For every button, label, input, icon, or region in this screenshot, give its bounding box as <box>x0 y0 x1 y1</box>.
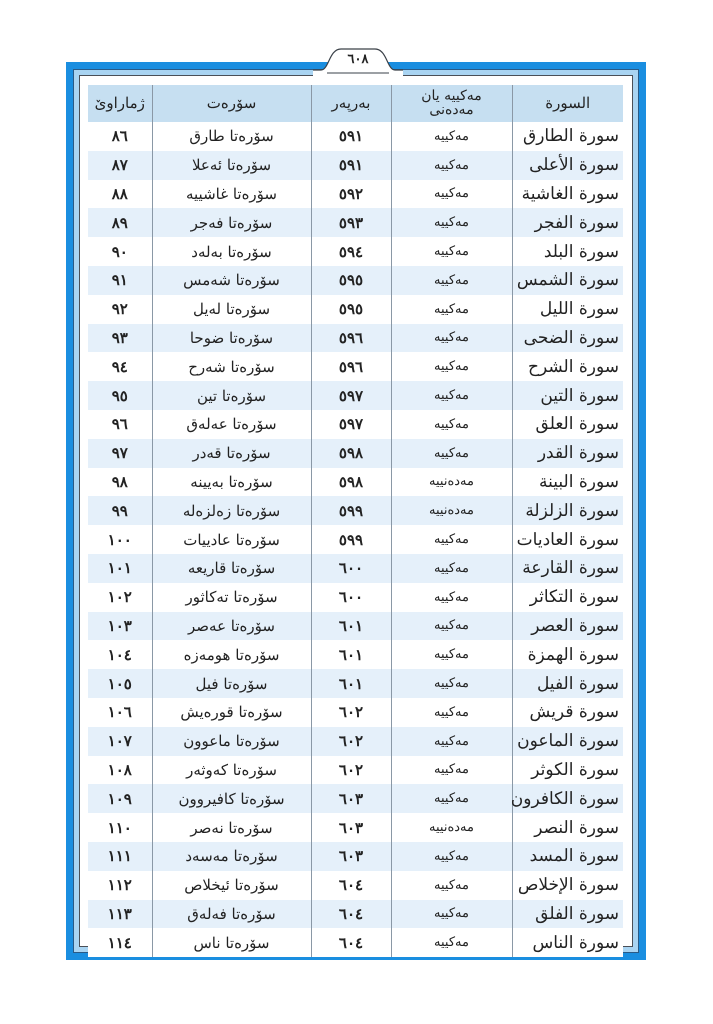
cell-surah-kurdish: سۆرەتا شەمس <box>152 266 311 295</box>
cell-page: ٦٠٤ <box>311 928 391 957</box>
cell-type: مەکییە <box>391 439 512 468</box>
table-row: ١٠٠سۆرەتا عادییات٥٩٩مەکییەسورة العاديات <box>88 525 623 554</box>
table-row: ١٠٥سۆرەتا فیل٦٠١مەکییەسورة الفيل <box>88 669 623 698</box>
cell-number: ١٠٨ <box>88 756 152 785</box>
cell-type: مەکییە <box>391 352 512 381</box>
cell-page: ٥٩١ <box>311 122 391 151</box>
cell-type: مەکییە <box>391 784 512 813</box>
cell-surah-arabic: سورة التكاثر <box>512 583 623 612</box>
cell-number: ٩٧ <box>88 439 152 468</box>
page-number-tab: ٦٠٨ <box>323 46 393 76</box>
cell-type: مەکییە <box>391 266 512 295</box>
cell-type: مەکییە <box>391 698 512 727</box>
cell-page: ٥٩٦ <box>311 324 391 353</box>
cell-page: ٦٠٣ <box>311 842 391 871</box>
cell-type: مەکییە <box>391 900 512 929</box>
cell-surah-kurdish: سۆرەتا زەلزەلە <box>152 496 311 525</box>
cell-surah-kurdish: سۆرەتا ضوحا <box>152 324 311 353</box>
cell-surah-arabic: سورة الإخلاص <box>512 871 623 900</box>
table-row: ١٠٩سۆرەتا کافیروون٦٠٣مەکییەسورة الكافرون <box>88 784 623 813</box>
table-header-row: ژماراوێ سۆرەت بەرپەر مەکییە یان مەدەنی ا… <box>88 85 623 122</box>
cell-surah-arabic: سورة التين <box>512 381 623 410</box>
cell-surah-arabic: سورة الفيل <box>512 669 623 698</box>
cell-page: ٦٠٢ <box>311 756 391 785</box>
cell-number: ٩٠ <box>88 237 152 266</box>
cell-type: مەکییە <box>391 554 512 583</box>
table-row: ٩٢سۆرەتا لەیل٥٩٥مەکییەسورة الليل <box>88 295 623 324</box>
cell-surah-kurdish: سۆرەتا غاشییە <box>152 180 311 209</box>
cell-number: ٨٩ <box>88 208 152 237</box>
table-row: ٨٩سۆرەتا فەجر٥٩٣مەکییەسورة الفجر <box>88 208 623 237</box>
cell-type: مەکییە <box>391 324 512 353</box>
cell-surah-arabic: سورة البينة <box>512 468 623 497</box>
table-row: ١٠٤سۆرەتا هومەزە٦٠١مەکییەسورة الهمزة <box>88 640 623 669</box>
cell-type: مەکییە <box>391 583 512 612</box>
table-row: ٩٤سۆرەتا شەرح٥٩٦مەکییەسورة الشرح <box>88 352 623 381</box>
cell-surah-arabic: سورة البلد <box>512 237 623 266</box>
table-row: ٨٦سۆرەتا طارق٥٩١مەکییەسورة الطارق <box>88 122 623 151</box>
cell-page: ٦٠٢ <box>311 698 391 727</box>
cell-page: ٥٩١ <box>311 151 391 180</box>
cell-surah-arabic: سورة الماعون <box>512 727 623 756</box>
cell-surah-kurdish: سۆرەتا قورەیش <box>152 698 311 727</box>
cell-surah-arabic: سورة الضحى <box>512 324 623 353</box>
cell-page: ٥٩٤ <box>311 237 391 266</box>
cell-page: ٦٠٤ <box>311 900 391 929</box>
cell-page: ٥٩٨ <box>311 439 391 468</box>
cell-number: ١٠٦ <box>88 698 152 727</box>
cell-surah-arabic: سورة الشرح <box>512 352 623 381</box>
cell-number: ٩٢ <box>88 295 152 324</box>
table-body: ٨٦سۆرەتا طارق٥٩١مەکییەسورة الطارق٨٧سۆرەت… <box>88 122 623 957</box>
cell-page: ٦٠١ <box>311 669 391 698</box>
cell-surah-arabic: سورة الكوثر <box>512 756 623 785</box>
cell-surah-arabic: سورة الزلزلة <box>512 496 623 525</box>
cell-surah-arabic: سورة الأعلى <box>512 151 623 180</box>
cell-surah-arabic: سورة قريش <box>512 698 623 727</box>
cell-surah-kurdish: سۆرەتا هومەزە <box>152 640 311 669</box>
cell-surah-arabic: سورة الفجر <box>512 208 623 237</box>
cell-type: مەکییە <box>391 410 512 439</box>
surah-index-table: ژماراوێ سۆرەت بەرپەر مەکییە یان مەدەنی ا… <box>88 85 623 957</box>
cell-surah-kurdish: سۆرەتا تەکاثور <box>152 583 311 612</box>
cell-surah-kurdish: سۆرەتا قەدر <box>152 439 311 468</box>
cell-page: ٦٠١ <box>311 640 391 669</box>
cell-type: مەکییە <box>391 180 512 209</box>
cell-type: مەکییە <box>391 122 512 151</box>
cell-number: ٩٣ <box>88 324 152 353</box>
cell-number: ١٠٧ <box>88 727 152 756</box>
table-row: ٩٣سۆرەتا ضوحا٥٩٦مەکییەسورة الضحى <box>88 324 623 353</box>
cell-number: ٩٤ <box>88 352 152 381</box>
cell-number: ١١٣ <box>88 900 152 929</box>
cell-surah-arabic: سورة الشمس <box>512 266 623 295</box>
cell-number: ٩٨ <box>88 468 152 497</box>
cell-number: ٩٥ <box>88 381 152 410</box>
cell-number: ٨٨ <box>88 180 152 209</box>
table-row: ١١٠سۆرەتا نەصر٦٠٣مەدەنییەسورة النصر <box>88 813 623 842</box>
cell-surah-kurdish: سۆرەتا بەیینە <box>152 468 311 497</box>
cell-surah-arabic: سورة القارعة <box>512 554 623 583</box>
table-row: ١١٣سۆرەتا فەلەق٦٠٤مەکییەسورة الفلق <box>88 900 623 929</box>
cell-number: ١١٠ <box>88 813 152 842</box>
cell-type: مەدەنییە <box>391 813 512 842</box>
cell-surah-kurdish: سۆرەتا عادییات <box>152 525 311 554</box>
cell-type: مەکییە <box>391 640 512 669</box>
cell-surah-kurdish: سۆرەتا کەوثەر <box>152 756 311 785</box>
table-row: ١٠٨سۆرەتا کەوثەر٦٠٢مەکییەسورة الكوثر <box>88 756 623 785</box>
cell-number: ٩١ <box>88 266 152 295</box>
cell-type: مەکییە <box>391 756 512 785</box>
cell-page: ٦٠٢ <box>311 727 391 756</box>
cell-surah-kurdish: سۆرەتا ئیخلاص <box>152 871 311 900</box>
cell-type: مەکییە <box>391 237 512 266</box>
cell-surah-kurdish: سۆرەتا طارق <box>152 122 311 151</box>
cell-type: مەکییە <box>391 381 512 410</box>
cell-number: ١٠٩ <box>88 784 152 813</box>
table-row: ١١١سۆرەتا مەسەد٦٠٣مەکییەسورة المسد <box>88 842 623 871</box>
cell-type: مەدەنییە <box>391 468 512 497</box>
table-row: ١٠٦سۆرەتا قورەیش٦٠٢مەکییەسورة قريش <box>88 698 623 727</box>
cell-page: ٦٠١ <box>311 612 391 641</box>
cell-surah-kurdish: سۆرەتا شەرح <box>152 352 311 381</box>
cell-surah-arabic: سورة الطارق <box>512 122 623 151</box>
cell-type: مەکییە <box>391 871 512 900</box>
table-row: ١٠٢سۆرەتا تەکاثور٦٠٠مەکییەسورة التكاثر <box>88 583 623 612</box>
cell-surah-kurdish: سۆرەتا فیل <box>152 669 311 698</box>
cell-surah-kurdish: سۆرەتا ماعوون <box>152 727 311 756</box>
header-number: ژماراوێ <box>88 85 152 122</box>
cell-surah-kurdish: سۆرەتا فەلەق <box>152 900 311 929</box>
cell-page: ٥٩٧ <box>311 410 391 439</box>
table-row: ٩٨سۆرەتا بەیینە٥٩٨مەدەنییەسورة البينة <box>88 468 623 497</box>
table-row: ١٠٧سۆرەتا ماعوون٦٠٢مەکییەسورة الماعون <box>88 727 623 756</box>
cell-surah-arabic: سورة العصر <box>512 612 623 641</box>
cell-number: ٨٧ <box>88 151 152 180</box>
header-type: مەکییە یان مەدەنی <box>391 85 512 122</box>
cell-type: مەکییە <box>391 842 512 871</box>
cell-page: ٦٠٣ <box>311 784 391 813</box>
cell-type: مەکییە <box>391 525 512 554</box>
cell-page: ٥٩٦ <box>311 352 391 381</box>
cell-surah-arabic: سورة الكافرون <box>512 784 623 813</box>
cell-surah-arabic: سورة الفلق <box>512 900 623 929</box>
cell-page: ٥٩٧ <box>311 381 391 410</box>
cell-number: ١١١ <box>88 842 152 871</box>
cell-surah-arabic: سورة النصر <box>512 813 623 842</box>
header-surah-kurdish: سۆرەت <box>152 85 311 122</box>
cell-number: ١٠١ <box>88 554 152 583</box>
cell-type: مەکییە <box>391 208 512 237</box>
cell-surah-kurdish: سۆرەتا لەیل <box>152 295 311 324</box>
cell-surah-kurdish: سۆرەتا فەجر <box>152 208 311 237</box>
cell-surah-kurdish: سۆرەتا کافیروون <box>152 784 311 813</box>
table-row: ٩١سۆرەتا شەمس٥٩٥مەکییەسورة الشمس <box>88 266 623 295</box>
cell-type: مەکییە <box>391 928 512 957</box>
cell-number: ١٠٥ <box>88 669 152 698</box>
cell-type: مەکییە <box>391 295 512 324</box>
cell-type: مەکییە <box>391 669 512 698</box>
cell-surah-arabic: سورة الغاشية <box>512 180 623 209</box>
table-row: ١١٢سۆرەتا ئیخلاص٦٠٤مەکییەسورة الإخلاص <box>88 871 623 900</box>
table-row: ١٠٣سۆرەتا عەصر٦٠١مەکییەسورة العصر <box>88 612 623 641</box>
cell-surah-kurdish: سۆرەتا مەسەد <box>152 842 311 871</box>
table-row: ٩٩سۆرەتا زەلزەلە٥٩٩مەدەنییەسورة الزلزلة <box>88 496 623 525</box>
cell-number: ٩٦ <box>88 410 152 439</box>
cell-number: ١٠٤ <box>88 640 152 669</box>
cell-type: مەدەنییە <box>391 496 512 525</box>
cell-surah-arabic: سورة الهمزة <box>512 640 623 669</box>
cell-page: ٦٠٣ <box>311 813 391 842</box>
cell-page: ٥٩٥ <box>311 295 391 324</box>
table-row: ١١٤سۆرەتا ناس٦٠٤مەکییەسورة الناس <box>88 928 623 957</box>
cell-surah-arabic: سورة المسد <box>512 842 623 871</box>
table-row: ٨٨سۆرەتا غاشییە٥٩٢مەکییەسورة الغاشية <box>88 180 623 209</box>
table-row: ٩٠سۆرەتا بەلەد٥٩٤مەکییەسورة البلد <box>88 237 623 266</box>
cell-type: مەکییە <box>391 612 512 641</box>
cell-page: ٥٩٩ <box>311 525 391 554</box>
table-row: ٩٦سۆرەتا عەلەق٥٩٧مەکییەسورة العلق <box>88 410 623 439</box>
header-page: بەرپەر <box>311 85 391 122</box>
cell-number: ٨٦ <box>88 122 152 151</box>
cell-type: مەکییە <box>391 727 512 756</box>
cell-surah-arabic: سورة القدر <box>512 439 623 468</box>
cell-surah-kurdish: سۆرەتا عەصر <box>152 612 311 641</box>
cell-page: ٥٩٣ <box>311 208 391 237</box>
table-row: ١٠١سۆرەتا قاریعە٦٠٠مەکییەسورة القارعة <box>88 554 623 583</box>
cell-number: ١١٢ <box>88 871 152 900</box>
cell-surah-arabic: سورة الليل <box>512 295 623 324</box>
cell-surah-arabic: سورة العلق <box>512 410 623 439</box>
cell-number: ١٠٢ <box>88 583 152 612</box>
cell-surah-kurdish: سۆرەتا عەلەق <box>152 410 311 439</box>
cell-page: ٥٩٩ <box>311 496 391 525</box>
cell-page: ٥٩٨ <box>311 468 391 497</box>
cell-number: ٩٩ <box>88 496 152 525</box>
cell-surah-arabic: سورة العاديات <box>512 525 623 554</box>
cell-surah-kurdish: سۆرەتا ناس <box>152 928 311 957</box>
cell-page: ٦٠٠ <box>311 583 391 612</box>
cell-surah-kurdish: سۆرەتا ئەعلا <box>152 151 311 180</box>
cell-surah-kurdish: سۆرەتا نەصر <box>152 813 311 842</box>
cell-surah-kurdish: سۆرەتا بەلەد <box>152 237 311 266</box>
cell-surah-kurdish: سۆرەتا تین <box>152 381 311 410</box>
cell-page: ٦٠٠ <box>311 554 391 583</box>
cell-page: ٦٠٤ <box>311 871 391 900</box>
cell-type: مەکییە <box>391 151 512 180</box>
cell-number: ١٠٣ <box>88 612 152 641</box>
cell-number: ١٠٠ <box>88 525 152 554</box>
page-number: ٦٠٨ <box>323 52 393 67</box>
cell-number: ١١٤ <box>88 928 152 957</box>
cell-surah-kurdish: سۆرەتا قاریعە <box>152 554 311 583</box>
header-surah-arabic: السورة <box>512 85 623 122</box>
table-row: ٩٧سۆرەتا قەدر٥٩٨مەکییەسورة القدر <box>88 439 623 468</box>
cell-surah-arabic: سورة الناس <box>512 928 623 957</box>
table-row: ٩٥سۆرەتا تین٥٩٧مەکییەسورة التين <box>88 381 623 410</box>
cell-page: ٥٩٢ <box>311 180 391 209</box>
table-row: ٨٧سۆرەتا ئەعلا٥٩١مەکییەسورة الأعلى <box>88 151 623 180</box>
cell-page: ٥٩٥ <box>311 266 391 295</box>
